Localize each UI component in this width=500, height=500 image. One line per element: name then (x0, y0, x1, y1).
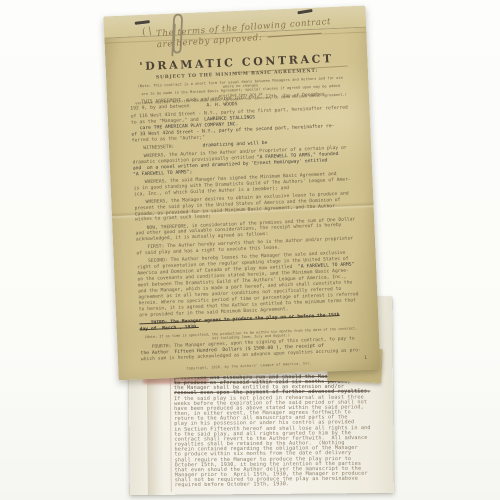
ink-rule (267, 33, 321, 38)
contract-body: THIS AGREEMENT, made and entered into th… (130, 89, 363, 363)
second-page-text: production and elsewhere run and should … (174, 374, 388, 488)
text-line: required before October 15th, 1930. (175, 482, 388, 489)
contract-page: ( | The terms of the following contract … (103, 6, 380, 381)
pencil-tick: ( | (141, 26, 152, 38)
page-number: 1 (364, 356, 367, 361)
margin-rule (170, 371, 172, 492)
document-photo: production and elsewhere run and should … (0, 0, 500, 500)
